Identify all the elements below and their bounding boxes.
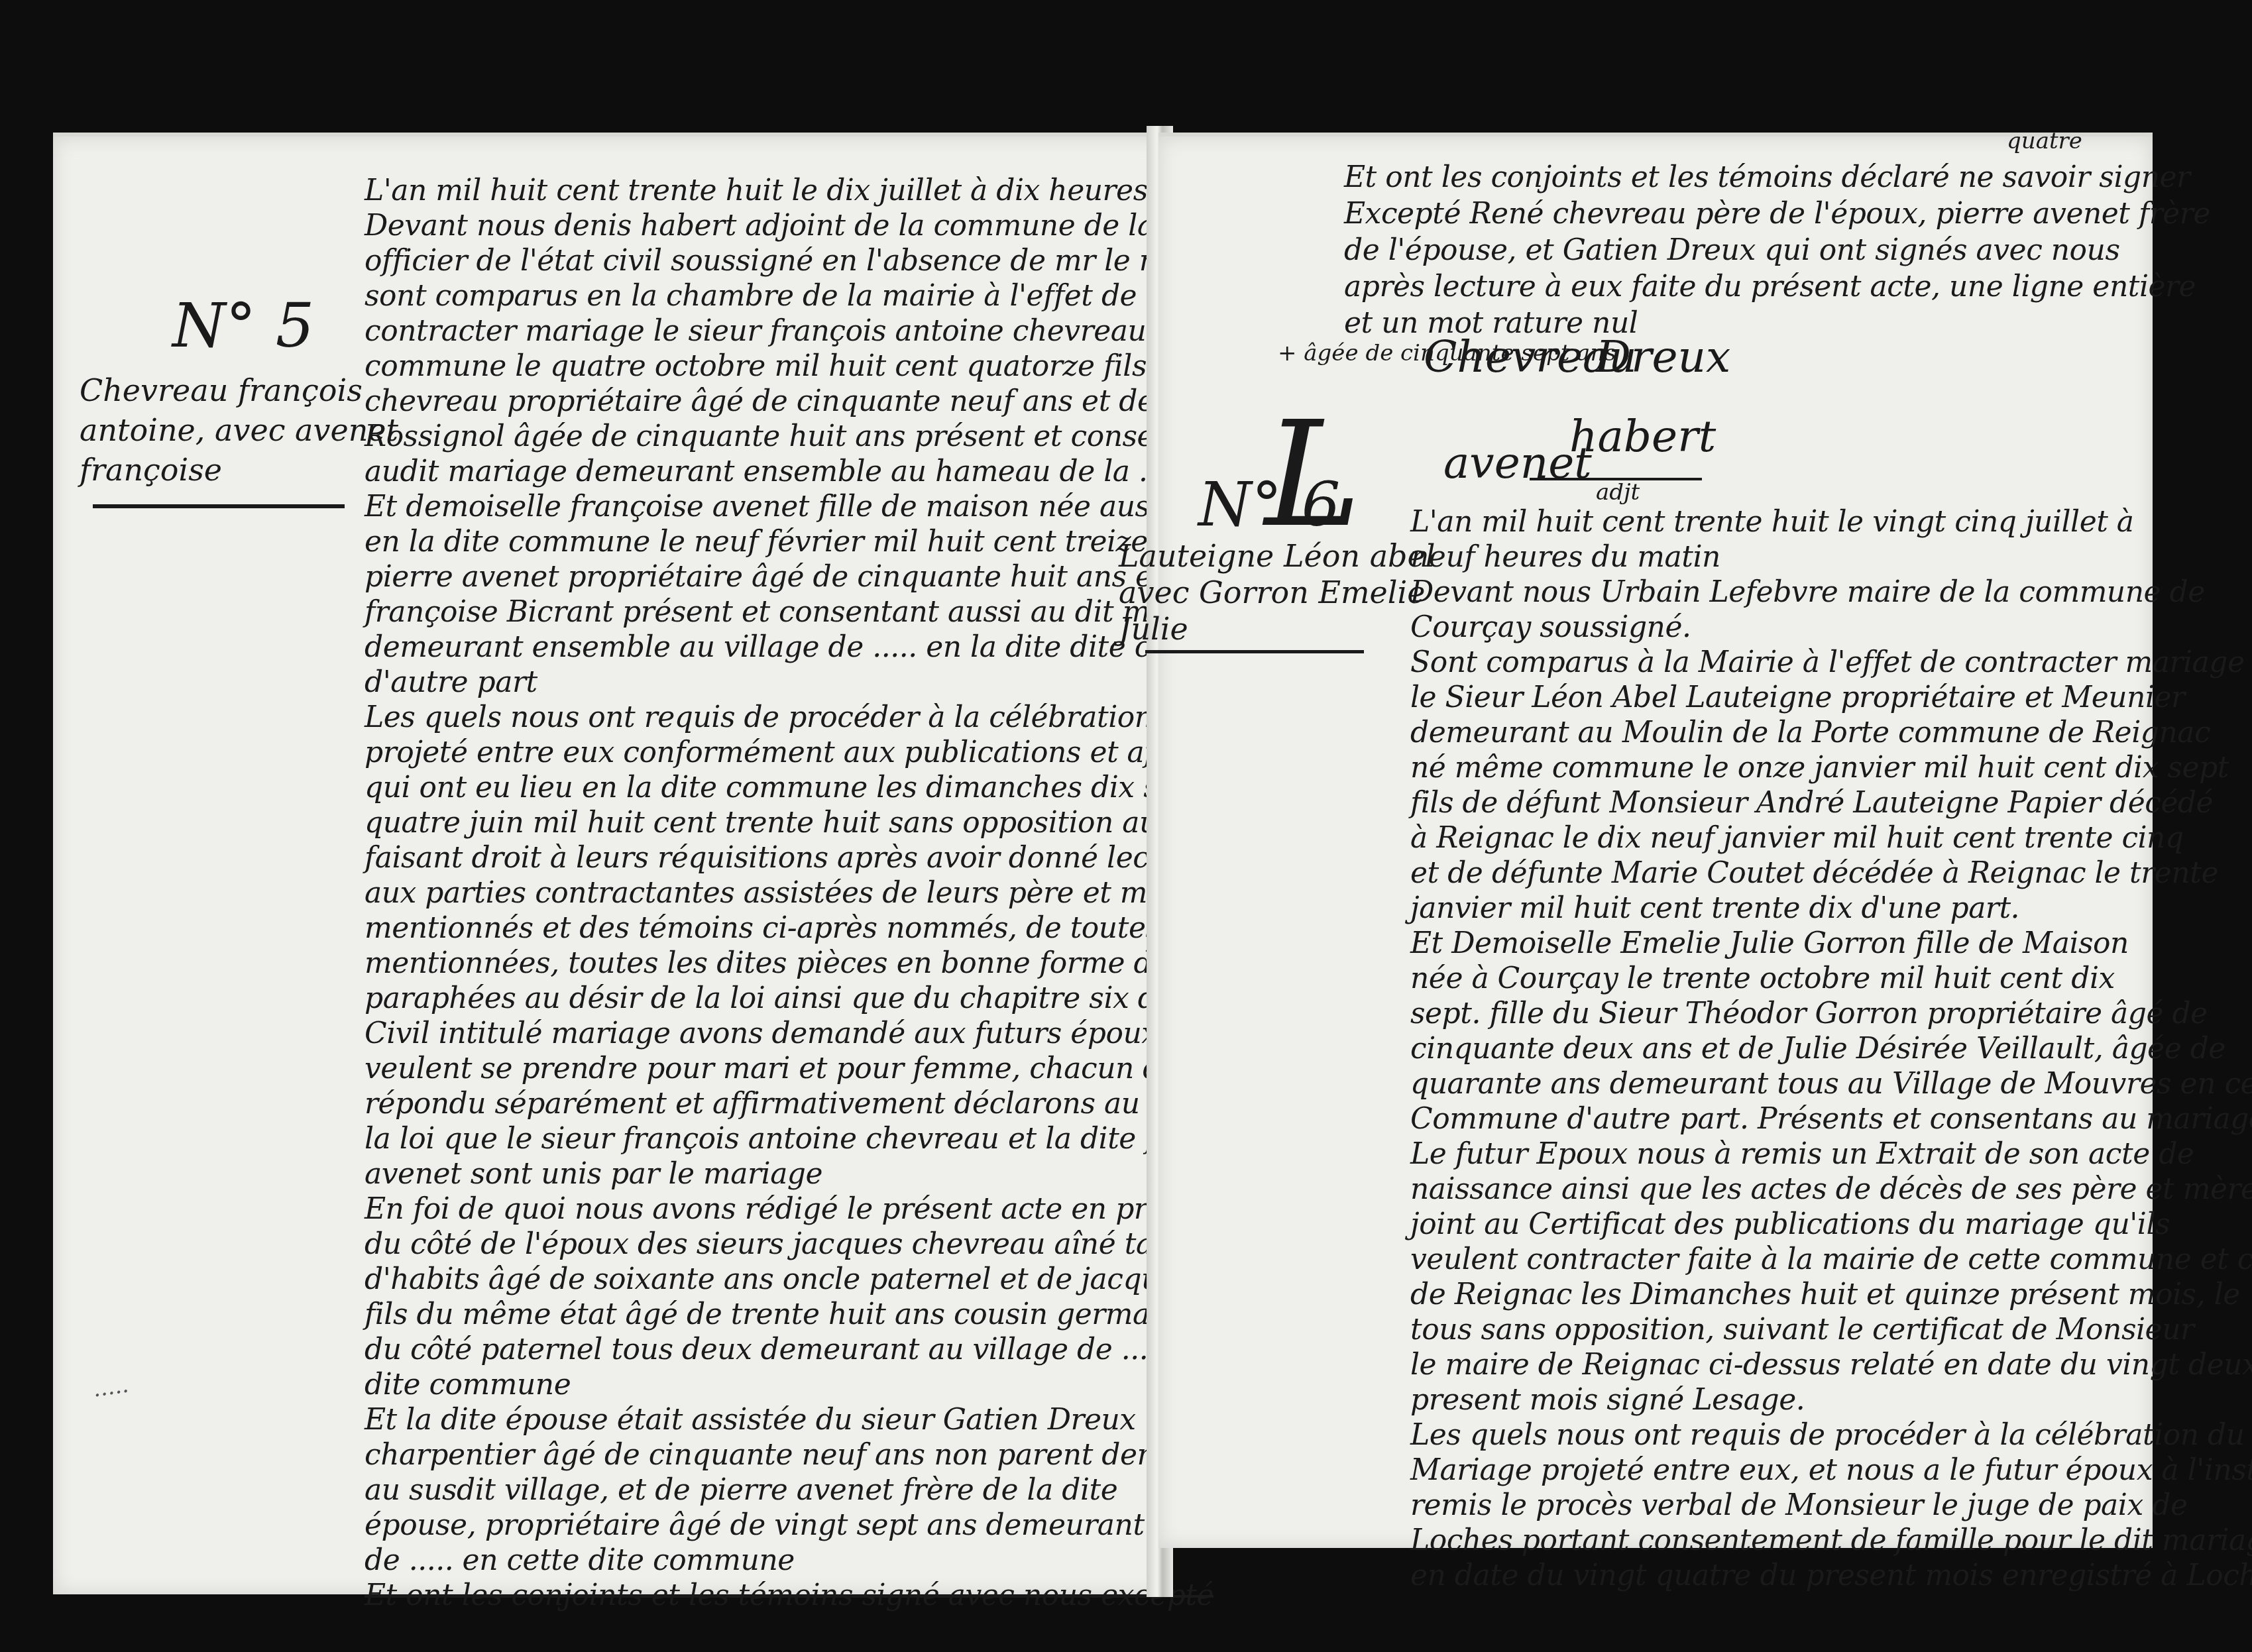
handwritten-line: pierre avenet propriétaire âgé de cinqua… — [365, 563, 1208, 592]
handwritten-line: Courçay soussigné. — [1410, 613, 1691, 642]
handwritten-line: Et la dite épouse était assistée du sieu… — [365, 1405, 1136, 1435]
handwritten-line: Et ont les conjoints et les témoins sign… — [365, 1581, 1213, 1610]
handwritten-line: avenet sont unis par le mariage — [365, 1160, 822, 1189]
handwritten-line: tous sans opposition, suivant le certifi… — [1410, 1315, 2194, 1345]
handwritten-line: né même commune le onze janvier mil huit… — [1410, 753, 2229, 783]
handwritten-line: françoise Bicrant présent et consentant … — [365, 598, 1242, 627]
handwritten-line: sont comparus en la chambre de la mairie… — [365, 282, 1137, 311]
handwritten-line: en date du vingt quatre du present mois … — [1410, 1561, 2252, 1590]
handwritten-line: En foi de quoi nous avons rédigé le prés… — [365, 1195, 1247, 1224]
handwritten-line: faisant droit à leurs réquisitions après… — [365, 844, 1209, 873]
decorative-initial-L: L — [1265, 402, 1361, 547]
handwritten-line: fils du même état âgé de trente huit ans… — [365, 1300, 1260, 1329]
margin-entry-name: françoise — [80, 455, 222, 485]
handwritten-line: demeurant au Moulin de la Porte commune … — [1410, 718, 2210, 747]
handwritten-line: Devant nous Urbain Lefebvre maire de la … — [1410, 578, 2205, 607]
handwritten-line: Et demoiselle françoise avenet fille de … — [365, 492, 1173, 522]
handwritten-line: paraphées au désir de la loi ainsi que d… — [365, 984, 1252, 1013]
margin-divider — [1145, 650, 1364, 653]
handwritten-line: Rossignol âgée de cinquante huit ans pré… — [365, 422, 1231, 451]
handwritten-line: Excepté René chevreau père de l'époux, p… — [1344, 199, 2210, 229]
handwritten-line: Et Demoiselle Emelie Julie Gorron fille … — [1410, 929, 2129, 958]
interlineation-note: quatre — [2007, 130, 2082, 152]
handwritten-line: remis le procès verbal de Monsieur le ju… — [1410, 1491, 2187, 1520]
handwritten-line: neuf heures du matin — [1410, 543, 1720, 572]
handwritten-line: fils de défunt Monsieur André Lauteigne … — [1410, 789, 2213, 818]
handwritten-line: present mois signé Lesage. — [1410, 1386, 1805, 1415]
handwritten-line: de Reignac les Dimanches huit et quinze … — [1410, 1280, 2240, 1309]
handwritten-line: quarante ans demeurant tous au Village d… — [1410, 1070, 2252, 1099]
handwritten-line: à Reignac le dix neuf janvier mil huit c… — [1410, 824, 2184, 853]
handwritten-line: Le futur Epoux nous à remis un Extrait d… — [1410, 1140, 2194, 1169]
margin-entry-name: Julie — [1119, 614, 1188, 644]
margin-entry-name: Chevreau françois — [80, 375, 363, 406]
handwritten-line: joint au Certificat des publications du … — [1410, 1210, 2170, 1239]
handwritten-line: du côté de l'époux des sieurs jacques ch… — [365, 1230, 1229, 1259]
handwritten-line: janvier mil huit cent trente dix d'une p… — [1410, 894, 2019, 923]
handwritten-line: le maire de Reignac ci-dessus relaté en … — [1410, 1350, 2252, 1380]
handwritten-line: Devant nous denis habert adjoint de la c… — [365, 211, 1208, 241]
faded-stamp: ..... — [91, 1373, 130, 1400]
left-page: N° 5 Chevreau françois antoine, avec ave… — [53, 133, 1166, 1594]
handwritten-line: de l'épouse, et Gatien Dreux qui ont sig… — [1344, 236, 2120, 265]
margin-entry-name: avec Gorron Emelie — [1119, 577, 1425, 608]
handwritten-line: et de défunte Marie Coutet décédée à Rei… — [1410, 859, 2218, 888]
handwritten-line: Loches portant consentement de famille p… — [1410, 1526, 2252, 1555]
handwritten-line: veulent contracter faite à la mairie de … — [1410, 1245, 2252, 1274]
handwritten-line: dite commune — [365, 1370, 571, 1400]
handwritten-line: épouse, propriétaire âgé de vingt sept a… — [365, 1511, 1249, 1540]
handwritten-line: Sont comparus à la Mairie à l'effet de c… — [1410, 648, 2245, 677]
margin-divider — [93, 504, 345, 508]
handwritten-line: répondu séparément et affirmativement dé… — [365, 1089, 1256, 1119]
handwritten-line: après lecture à eux faite du présent act… — [1344, 272, 2196, 302]
handwritten-line: cinquante deux ans et de Julie Désirée V… — [1410, 1034, 2225, 1064]
margin-entry-name: antoine, avec avenet — [80, 415, 398, 445]
handwritten-line: Et ont les conjoints et les témoins décl… — [1344, 163, 2190, 192]
handwritten-line: Les quels nous ont requis de procéder à … — [1410, 1421, 2245, 1450]
margin-entry-number: N° 5 — [172, 296, 314, 357]
handwritten-line: d'autre part — [365, 668, 537, 697]
signature-title: adjt — [1596, 481, 1640, 504]
handwritten-line: de ..... en cette dite commune — [365, 1546, 795, 1575]
signature-habert: habert — [1569, 415, 1716, 459]
signature-underline — [1530, 478, 1702, 480]
handwritten-line: Mariage projeté entre eux, et nous a le … — [1410, 1456, 2252, 1485]
handwritten-line: charpentier âgé de cinquante neuf ans no… — [365, 1441, 1260, 1470]
handwritten-line: la loi que le sieur françois antoine che… — [365, 1125, 1278, 1154]
handwritten-line: née à Courçay le trente octobre mil huit… — [1410, 964, 2115, 993]
handwritten-line: commune le quatre octobre mil huit cent … — [365, 352, 1266, 381]
right-page: quatre Et ont les conjoints et les témoi… — [1158, 133, 2153, 1548]
handwritten-line: sept. fille du Sieur Théodor Gorron prop… — [1410, 999, 2208, 1028]
handwritten-line: L'an mil huit cent trente huit le vingt … — [1410, 508, 2134, 537]
handwritten-line: naissance ainsi que les actes de décès d… — [1410, 1175, 2252, 1204]
handwritten-line: au susdit village, et de pierre avenet f… — [365, 1476, 1117, 1505]
handwritten-line: Civil intitulé mariage avons demandé aux… — [365, 1019, 1221, 1048]
handwritten-line: le Sieur Léon Abel Lauteigne propriétair… — [1410, 683, 2185, 712]
signature-dreux: Dreux — [1596, 335, 1730, 379]
handwritten-line: Commune d'autre part. Présents et consen… — [1410, 1105, 2252, 1134]
handwritten-line: officier de l'état civil soussigné en l'… — [365, 247, 1223, 276]
handwritten-line: projeté entre eux conformément aux publi… — [365, 738, 1240, 767]
